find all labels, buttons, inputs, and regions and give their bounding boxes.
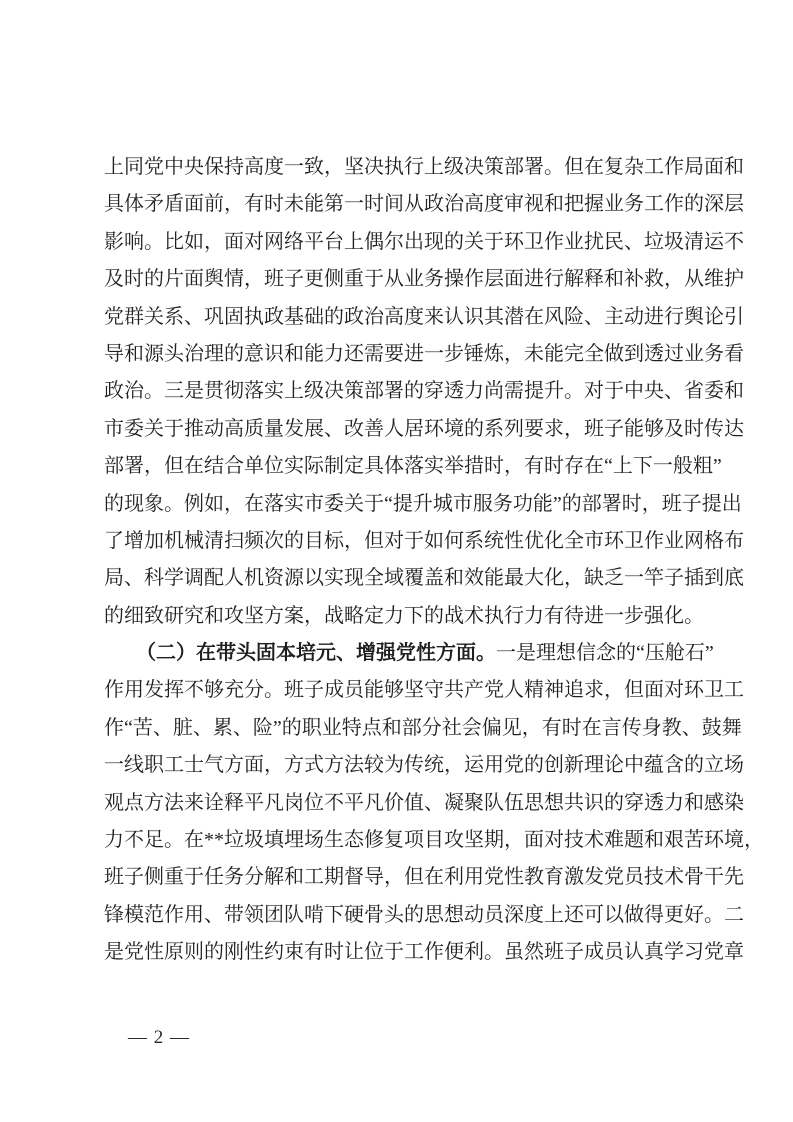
text-line: 一线职工士气方面，方式方法较为传统，运用党的创新理论中蕴含的立场 — [104, 747, 711, 784]
document-page: 上同党中央保持高度一致，坚决执行上级决策部署。但在复杂工作局面和 具体矛盾面前，… — [0, 0, 793, 1122]
text-line: 作用发挥不够充分。班子成员能够坚守共产党人精神追求，但面对环卫工 — [104, 672, 711, 709]
section-heading: （二）在带头固本培元、增强党性方面。 — [136, 642, 496, 664]
text-line: 作“苦、脏、累、险”的职业特点和部分社会偏见，有时在言传身教、鼓舞 — [104, 710, 711, 747]
text-line: 党群关系、巩固执政基础的政治高度来认识其潜在风险、主动进行舆论引 — [104, 299, 711, 336]
text-line: 市委关于推动高质量发展、改善人居环境的系列要求，班子能够及时传达 — [104, 411, 711, 448]
text-line: 政治。三是贯彻落实上级决策部署的穿透力尚需提升。对于中央、省委和 — [104, 373, 711, 410]
text-line: 及时的片面舆情，班子更侧重于从业务操作层面进行解释和补救，从维护 — [104, 261, 711, 298]
text-line: 观点方法来诠释平凡岗位不平凡价值、凝聚队伍思想共识的穿透力和感染 — [104, 785, 711, 822]
text-line: 力不足。在**垃圾填埋场生态修复项目攻坚期，面对技术难题和艰苦环境， — [104, 822, 711, 859]
text-line: 影响。比如，面对网络平台上偶尔出现的关于环卫作业扰民、垃圾清运不 — [104, 224, 711, 261]
paragraph-lead-text: 一是理想信念的“压舱石” — [496, 642, 714, 664]
text-line: 导和源头治理的意识和能力还需要进一步锤炼，未能完全做到透过业务看 — [104, 336, 711, 373]
text-line: 班子侧重于任务分解和工期督导，但在利用党性教育激发党员技术骨干先 — [104, 859, 711, 896]
text-line: 是党性原则的刚性约束有时让位于工作便利。虽然班子成员认真学习党章 — [104, 934, 711, 971]
page-number: — 2 — — [128, 1026, 190, 1050]
text-line: （二）在带头固本培元、增强党性方面。一是理想信念的“压舱石” — [104, 635, 711, 672]
text-line: 锋模范作用、带领团队啃下硬骨头的思想动员深度上还可以做得更好。二 — [104, 897, 711, 934]
text-line: 的现象。例如，在落实市委关于“提升城市服务功能”的部署时，班子提出 — [104, 486, 711, 523]
text-line: 了增加机械清扫频次的目标，但对于如何系统性优化全市环卫作业网格布 — [104, 523, 711, 560]
document-body: 上同党中央保持高度一致，坚决执行上级决策部署。但在复杂工作局面和 具体矛盾面前，… — [104, 149, 711, 972]
text-line: 的细致研究和攻坚方案，战略定力下的战术执行力有待进一步强化。 — [104, 598, 711, 635]
text-line: 具体矛盾面前，有时未能第一时间从政治高度审视和把握业务工作的深层 — [104, 186, 711, 223]
text-line: 上同党中央保持高度一致，坚决执行上级决策部署。但在复杂工作局面和 — [104, 149, 711, 186]
text-line: 局、科学调配人机资源以实现全域覆盖和效能最大化，缺乏一竿子插到底 — [104, 560, 711, 597]
text-line: 部署，但在结合单位实际制定具体落实举措时，有时存在“上下一般粗” — [104, 448, 711, 485]
